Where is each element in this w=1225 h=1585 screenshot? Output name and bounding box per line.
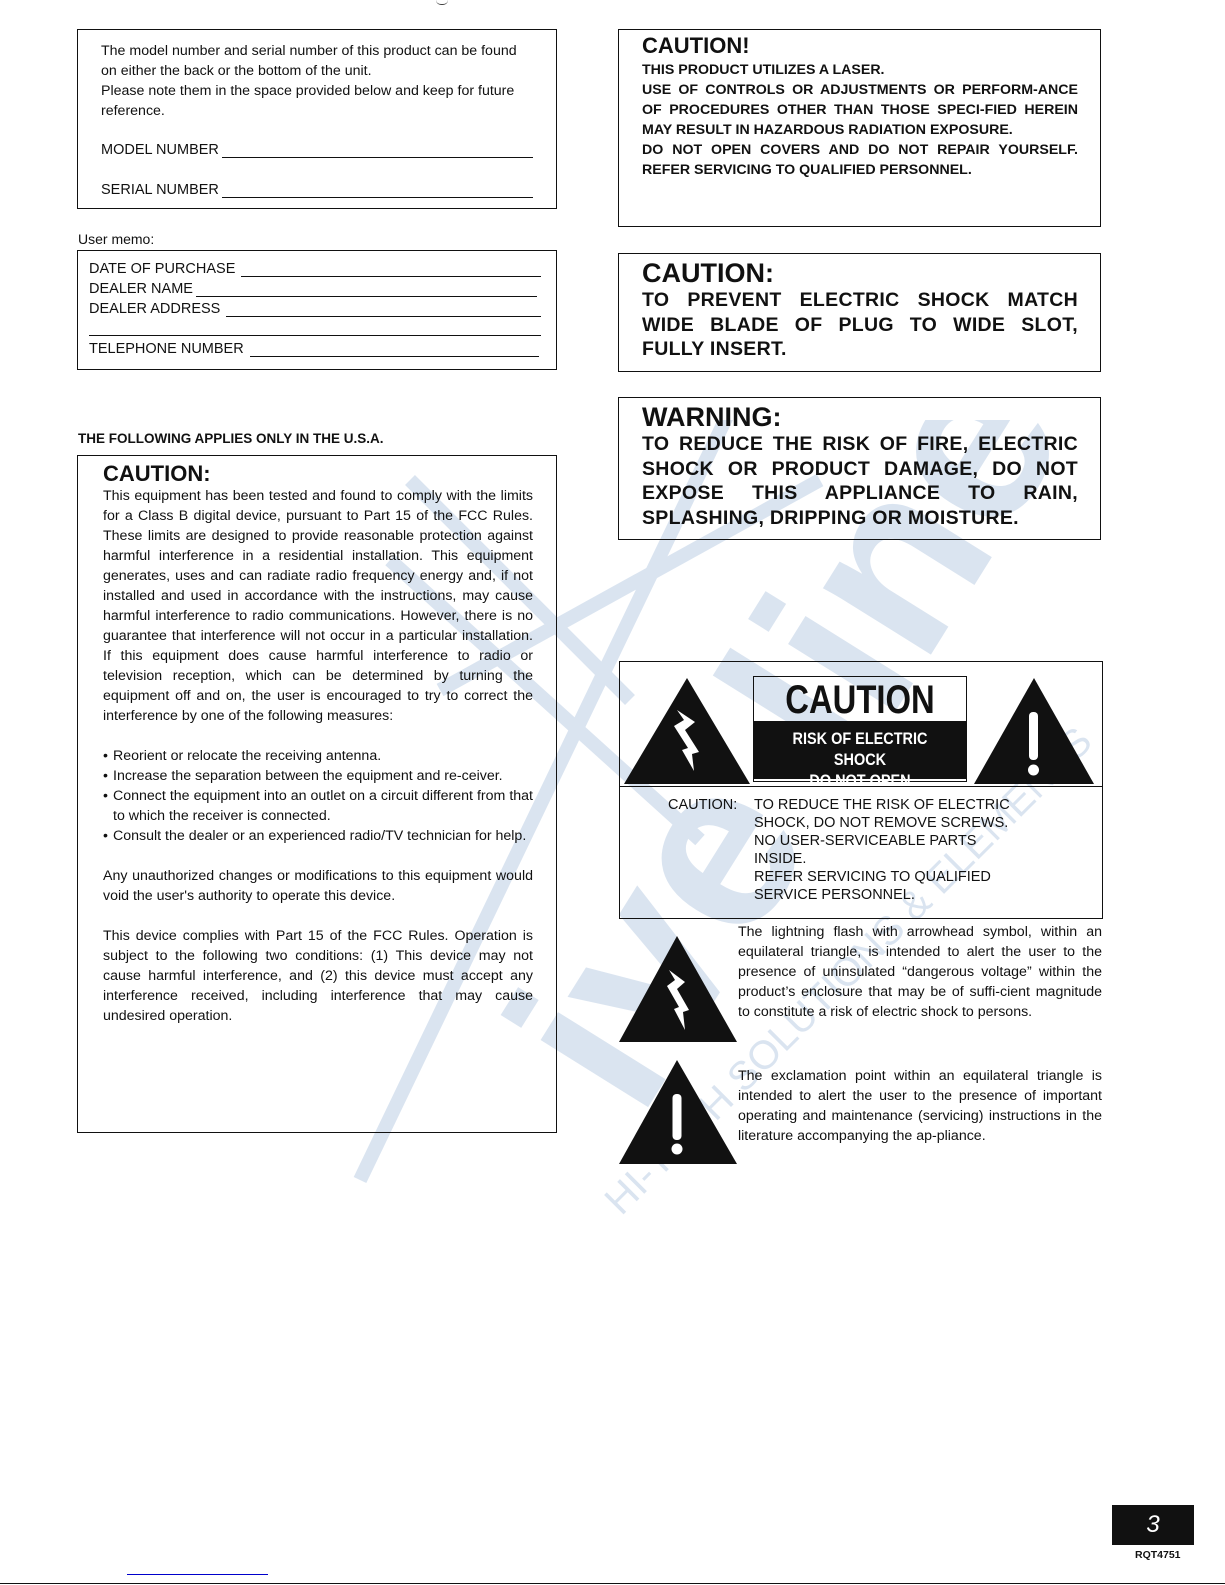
- model-number-field[interactable]: MODEL NUMBER: [101, 142, 533, 158]
- exclamation-symbol-description: The exclamation point within an equilate…: [738, 1066, 1102, 1146]
- model-number-label: MODEL NUMBER: [101, 142, 219, 158]
- fcc-measures-list: Reorient or relocate the receiving anten…: [103, 746, 533, 846]
- exclamation-symbol-icon: [617, 1058, 739, 1166]
- telephone-number-label: TELEPHONE NUMBER: [89, 341, 244, 357]
- lightning-triangle-icon: [622, 676, 752, 786]
- fcc-caution-body: This equipment has been tested and found…: [103, 486, 533, 1026]
- link-underline[interactable]: [127, 1574, 268, 1575]
- user-memo-label: User memo:: [78, 231, 154, 247]
- lightning-symbol-icon: [617, 934, 739, 1044]
- warning-box: WARNING: TO REDUCE THE RISK OF FIRE, ELE…: [618, 397, 1101, 540]
- banner-line-2: DO NOT OPEN: [770, 770, 950, 791]
- page-number: 3: [1146, 1511, 1159, 1538]
- shock-caution-text: TO REDUCE THE RISK OF ELECTRIC SHOCK, DO…: [754, 796, 1010, 904]
- plug-caution-text: TO PREVENT ELECTRIC SHOCK MATCH WIDE BLA…: [642, 288, 1078, 362]
- intro-line-2: Please note them in the space provided b…: [101, 81, 533, 121]
- measure-item: Consult the dealer or an experienced rad…: [103, 826, 533, 846]
- laser-line-3: DO NOT OPEN COVERS AND DO NOT REPAIR YOU…: [642, 140, 1078, 180]
- dealer-address-line-2-field[interactable]: [89, 321, 541, 336]
- measure-item: Reorient or relocate the receiving anten…: [103, 746, 533, 766]
- fcc-caution-title: CAUTION:: [103, 462, 211, 486]
- usa-notice-heading: THE FOLLOWING APPLIES ONLY IN THE U.S.A.: [78, 431, 384, 446]
- date-of-purchase-line[interactable]: [241, 262, 541, 277]
- document-code: RQT4751: [1135, 1549, 1181, 1561]
- banner-black-area: RISK OF ELECTRIC SHOCK DO NOT OPEN: [754, 721, 966, 779]
- dealer-address-line-2[interactable]: [89, 321, 541, 336]
- shock-line: NO USER-SERVICEABLE PARTS: [754, 832, 1010, 850]
- user-memo-box: DATE OF PURCHASE DEALER NAME DEALER ADDR…: [77, 250, 557, 370]
- measure-item: Connect the equipment into an outlet on …: [103, 786, 533, 826]
- caution-banner: CAUTION RISK OF ELECTRIC SHOCK DO NOT OP…: [753, 676, 967, 782]
- model-number-line[interactable]: [222, 143, 533, 158]
- serial-number-field[interactable]: SERIAL NUMBER: [101, 182, 533, 198]
- shock-label-box: CAUTION RISK OF ELECTRIC SHOCK DO NOT OP…: [619, 661, 1103, 919]
- measure-item: Increase the separation between the equi…: [103, 766, 533, 786]
- laser-caution-box: CAUTION! THIS PRODUCT UTILIZES A LASER. …: [618, 29, 1101, 227]
- fcc-paragraph-3: This device complies with Part 15 of the…: [103, 926, 533, 1026]
- dealer-address-line[interactable]: [226, 302, 541, 317]
- shock-line: INSIDE.: [754, 850, 1010, 868]
- lightning-symbol-description: The lightning flash with arrowhead symbo…: [738, 922, 1102, 1022]
- dealer-name-label: DEALER NAME: [89, 281, 193, 297]
- plug-caution-box: CAUTION: TO PREVENT ELECTRIC SHOCK MATCH…: [618, 253, 1101, 372]
- page-bottom-rule: [0, 1583, 1225, 1584]
- dealer-address-label: DEALER ADDRESS: [89, 301, 220, 317]
- telephone-number-line[interactable]: [250, 342, 539, 357]
- laser-line-1: THIS PRODUCT UTILIZES A LASER.: [642, 60, 1078, 80]
- plug-caution-title: CAUTION:: [642, 259, 774, 287]
- laser-caution-body: THIS PRODUCT UTILIZES A LASER. USE OF CO…: [642, 60, 1078, 180]
- fcc-caution-box: CAUTION: This equipment has been tested …: [77, 455, 557, 1133]
- scan-mark: [436, 0, 448, 5]
- banner-title: CAUTION: [773, 677, 947, 721]
- date-of-purchase-field[interactable]: DATE OF PURCHASE: [89, 261, 541, 277]
- warning-text: TO REDUCE THE RISK OF FIRE, ELECTRIC SHO…: [642, 432, 1078, 530]
- telephone-number-field[interactable]: TELEPHONE NUMBER: [89, 341, 539, 357]
- exclamation-triangle-icon: [972, 676, 1097, 786]
- dealer-name-line[interactable]: [196, 282, 537, 297]
- shock-caution-label: CAUTION:: [668, 796, 737, 814]
- dealer-address-field[interactable]: DEALER ADDRESS: [89, 301, 541, 317]
- banner-line-1: RISK OF ELECTRIC SHOCK: [770, 728, 950, 770]
- dealer-name-field[interactable]: DEALER NAME: [89, 281, 537, 297]
- serial-number-label: SERIAL NUMBER: [101, 182, 219, 198]
- shock-line: REFER SERVICING TO QUALIFIED: [754, 868, 1010, 886]
- laser-line-2: USE OF CONTROLS OR ADJUSTMENTS OR PERFOR…: [642, 80, 1078, 140]
- model-serial-intro: The model number and serial number of th…: [101, 41, 533, 121]
- model-serial-box: The model number and serial number of th…: [77, 29, 557, 209]
- page-number-badge: 3: [1112, 1505, 1194, 1545]
- intro-line-1: The model number and serial number of th…: [101, 41, 533, 81]
- fcc-paragraph-2: Any unauthorized changes or modification…: [103, 866, 533, 906]
- date-of-purchase-label: DATE OF PURCHASE: [89, 261, 235, 277]
- warning-title: WARNING:: [642, 403, 781, 431]
- shock-line: TO REDUCE THE RISK OF ELECTRIC: [754, 796, 1010, 814]
- fcc-paragraph-1: This equipment has been tested and found…: [103, 486, 533, 726]
- serial-number-line[interactable]: [222, 183, 533, 198]
- shock-label-divider: [620, 786, 1102, 787]
- laser-caution-title: CAUTION!: [642, 34, 750, 58]
- shock-line: SHOCK, DO NOT REMOVE SCREWS.: [754, 814, 1010, 832]
- shock-line: SERVICE PERSONNEL.: [754, 886, 1010, 904]
